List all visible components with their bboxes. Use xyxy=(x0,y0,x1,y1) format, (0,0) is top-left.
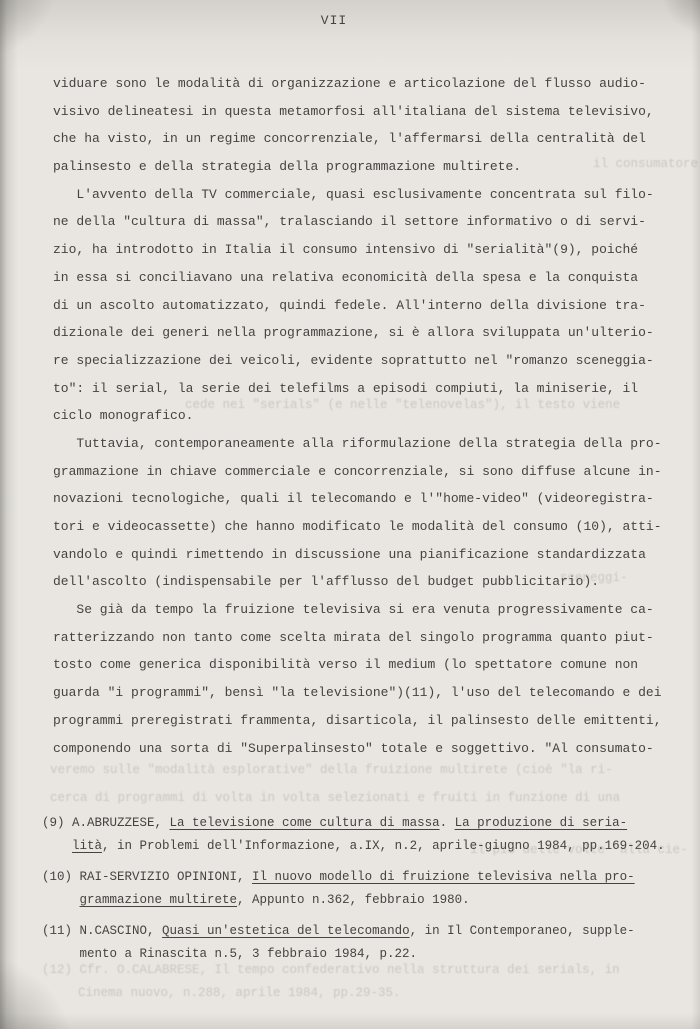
body-line: viduare sono le modalità di organizzazio… xyxy=(53,70,690,98)
body-line: tori e videocassette) che hanno modifica… xyxy=(53,513,690,541)
footnote-line: (10) RAI-SERVIZIO OPINIONI, Il nuovo mod… xyxy=(42,866,692,889)
body-line: ne della "cultura di massa", tralasciand… xyxy=(53,208,690,236)
footnote-line: (9) A.ABRUZZESE, La televisione come cul… xyxy=(42,812,692,835)
body-line: componendo una sorta di "Superpalinsesto… xyxy=(53,735,690,763)
footnote-9: (9) A.ABRUZZESE, La televisione come cul… xyxy=(42,812,692,858)
footnote-line: lità, in Problemi dell'Informazione, a.I… xyxy=(42,835,692,858)
body-line: ciclo monografico. xyxy=(53,402,690,430)
body-line: visivo delineatesi in questa metamorfosi… xyxy=(53,98,690,126)
body-line: vandolo e quindi rimettendo in discussio… xyxy=(53,541,690,569)
footnote-line: grammazione multirete, Appunto n.362, fe… xyxy=(42,889,692,912)
ghost-line: cerca di programmi di volta in volta sel… xyxy=(50,791,620,805)
body-line: dell'ascolto (indispensabile per l'afflu… xyxy=(53,568,690,596)
ghost-line: Cinema nuovo, n.288, aprile 1984, pp.29-… xyxy=(78,986,401,1000)
body-line: ratterizzando non tanto come scelta mira… xyxy=(53,624,690,652)
body-line: palinsesto e della strategia della progr… xyxy=(53,153,690,181)
footnote-10: (10) RAI-SERVIZIO OPINIONI, Il nuovo mod… xyxy=(42,866,692,912)
body-line: guarda "i programmi", bensì "la televisi… xyxy=(53,679,690,707)
body-line: Tuttavia, contemporaneamente alla riform… xyxy=(53,430,690,458)
body-line: programmi preregistrati frammenta, disar… xyxy=(53,707,690,735)
body-line: to": il serial, la serie dei telefilms a… xyxy=(53,375,690,403)
scanned-page: VII viduare sono le modalità di organizz… xyxy=(0,0,700,1029)
body-line: re specializzazione dei veicoli, evident… xyxy=(53,347,690,375)
ghost-line: veremo sulle "modalità esplorative" dell… xyxy=(50,763,613,777)
body-line: novazioni tecnologiche, quali il telecom… xyxy=(53,485,690,513)
body-line: Se già da tempo la fruizione televisiva … xyxy=(53,596,690,624)
page-number: VII xyxy=(0,13,668,28)
body-line: di un ascolto automatizzato, quindi fede… xyxy=(53,292,690,320)
body-line: che ha visto, in un regime concorrenzial… xyxy=(53,125,690,153)
body-line: dizionale dei generi nella programmazion… xyxy=(53,319,690,347)
body-line: tosto come generica disponibilità verso … xyxy=(53,651,690,679)
body-line: grammazione in chiave commerciale e conc… xyxy=(53,458,690,486)
body-line: zio, ha introdotto in Italia il consumo … xyxy=(53,236,690,264)
footnote-line: mento a Rinascita n.5, 3 febbraio 1984, … xyxy=(42,943,692,966)
body-line: L'avvento della TV commerciale, quasi es… xyxy=(53,181,690,209)
body-line: in essa si conciliavano una relativa eco… xyxy=(53,264,690,292)
footnote-11: (11) N.CASCINO, Quasi un'estetica del te… xyxy=(42,920,692,966)
footnote-line: (11) N.CASCINO, Quasi un'estetica del te… xyxy=(42,920,692,943)
footnotes: (9) A.ABRUZZESE, La televisione come cul… xyxy=(42,812,692,974)
body-text: viduare sono le modalità di organizzazio… xyxy=(53,70,690,762)
